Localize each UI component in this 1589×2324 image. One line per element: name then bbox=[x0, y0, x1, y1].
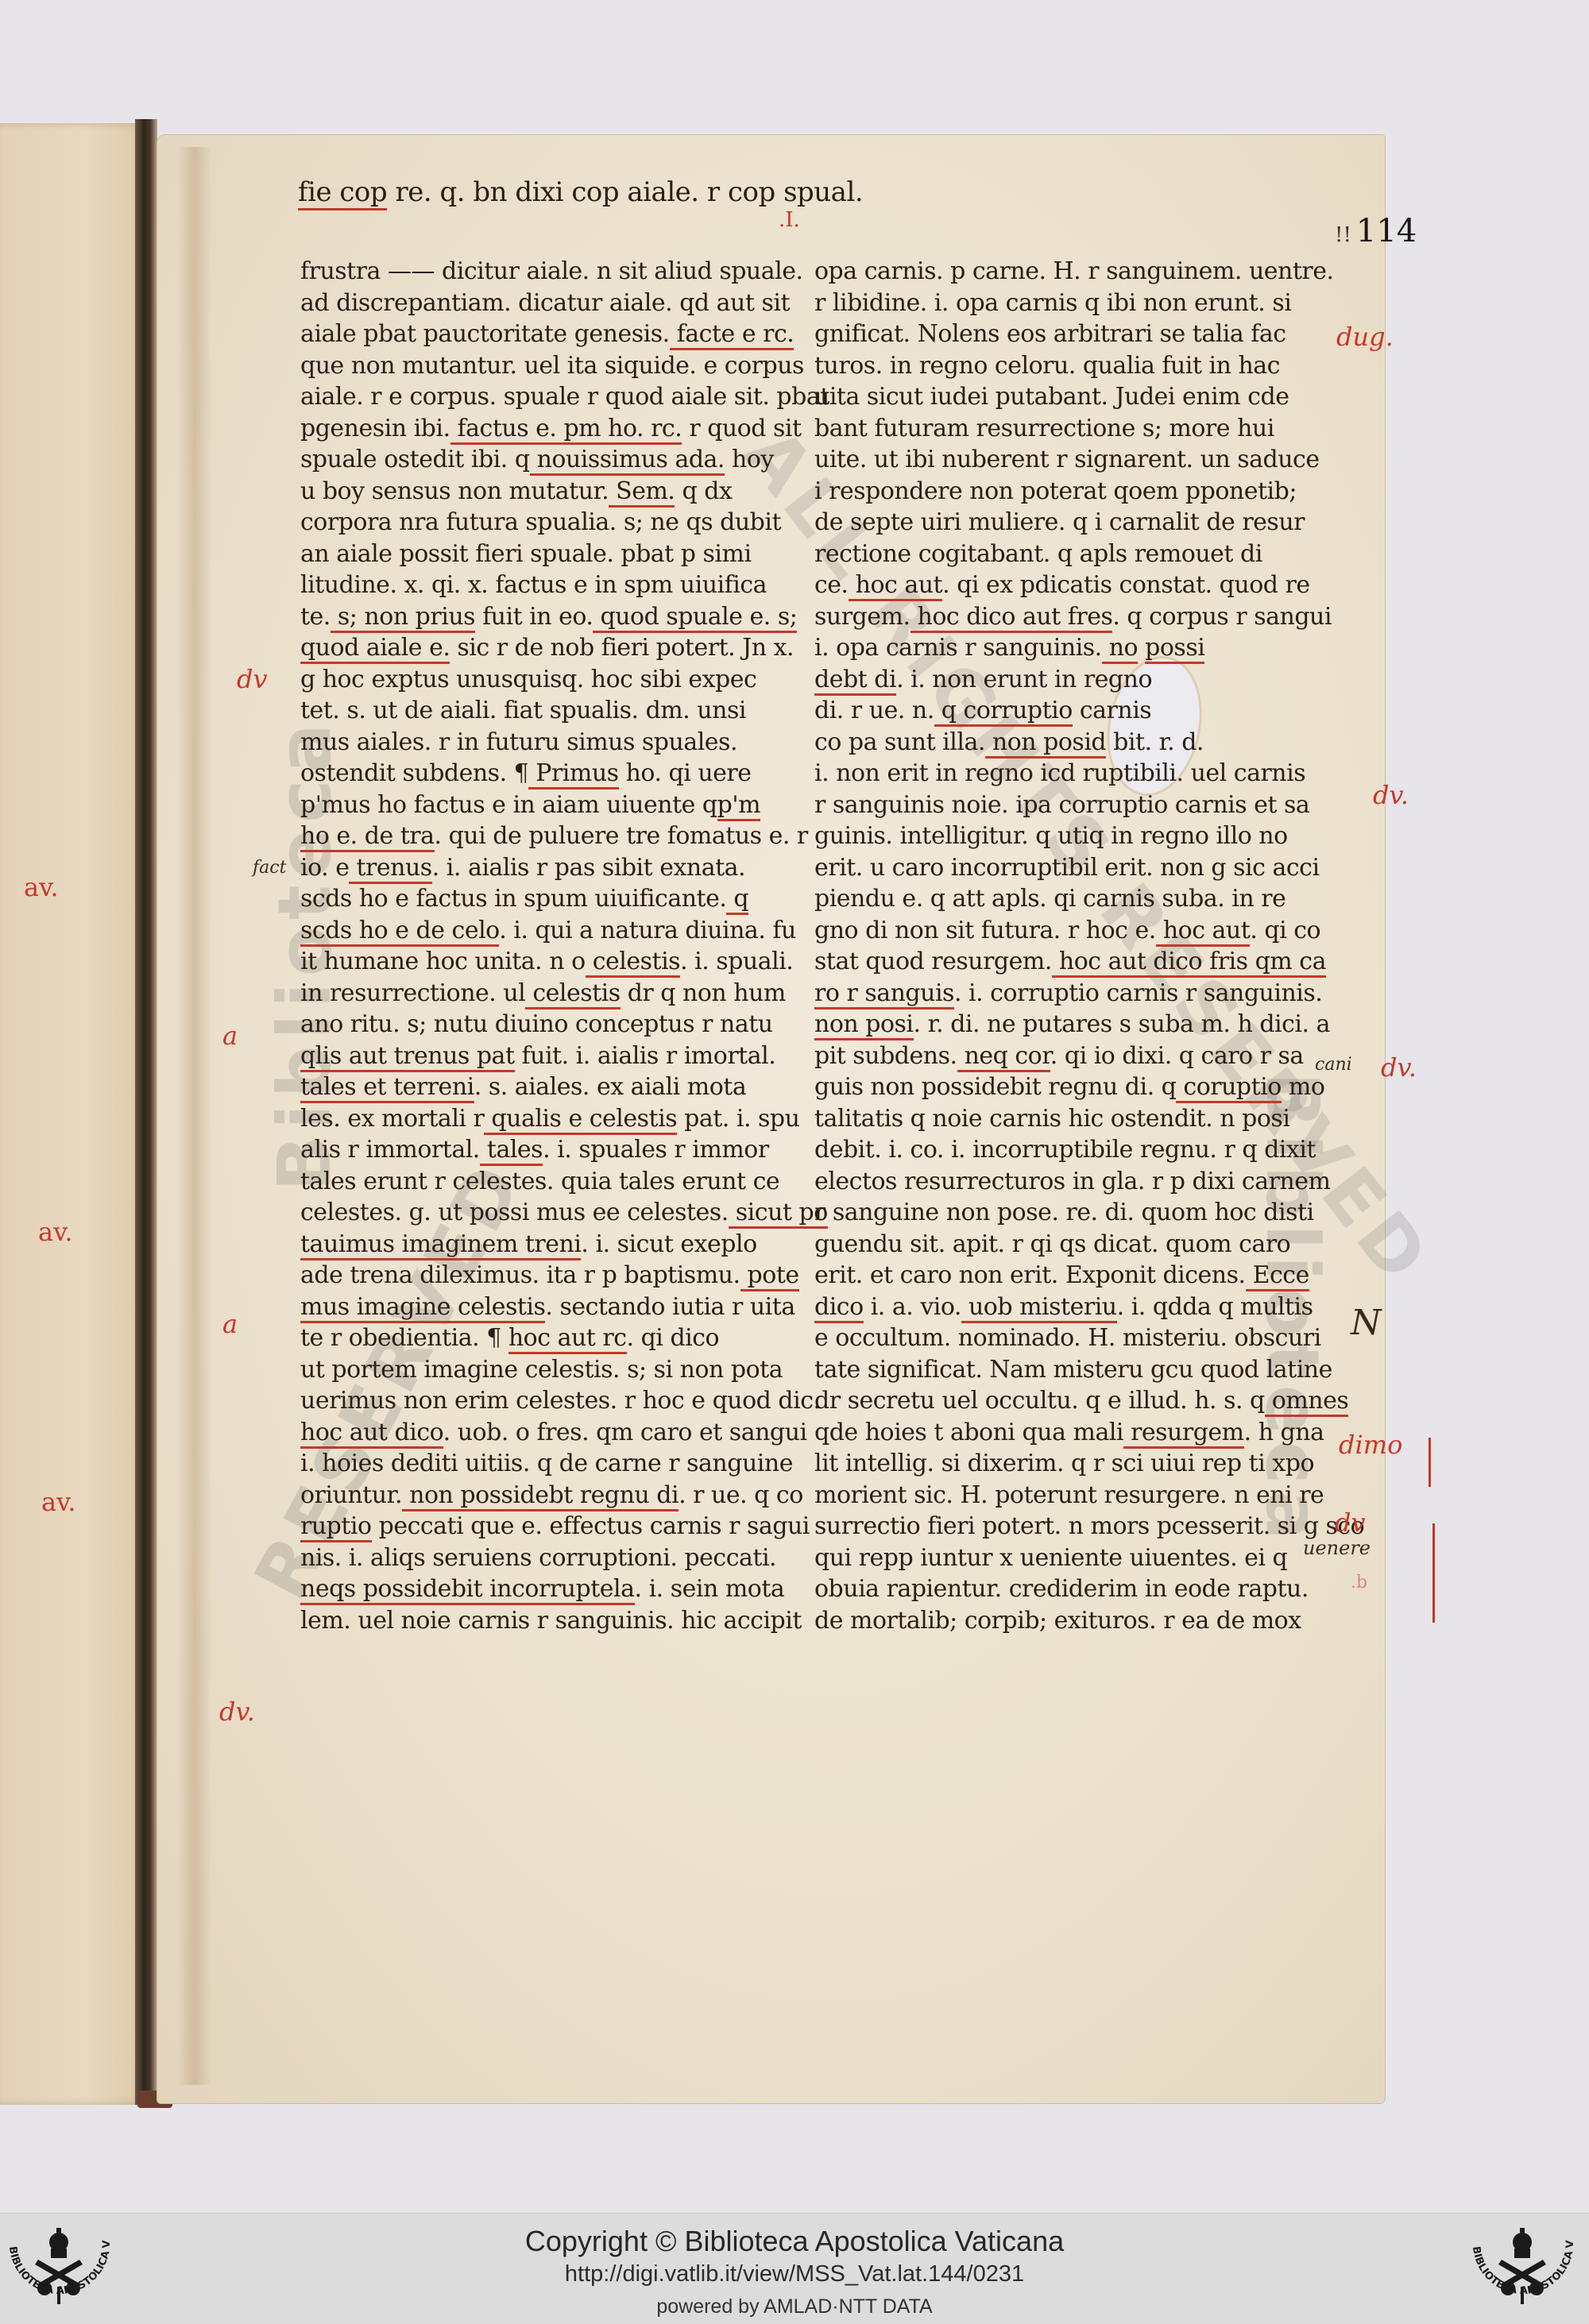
text-column-b: opa carnis. p carne. H. r sanguinem. uen… bbox=[814, 256, 1315, 1636]
line-text: . r ue. q co bbox=[679, 1481, 803, 1509]
rubricated-phrase: q corruptio bbox=[934, 697, 1073, 727]
line-text: an aiale possit fieri spuale. pbat p sim… bbox=[300, 540, 752, 568]
line-text: . i. corruptio carnis r sanguinis. bbox=[954, 979, 1322, 1007]
manuscript-line: qui repp iuntur x ueniente uiuentes. ei … bbox=[814, 1542, 1315, 1574]
rubricated-phrase: ruptio bbox=[300, 1512, 372, 1542]
rubricated-phrase: q bbox=[726, 885, 748, 915]
manuscript-line: r sanguinis noie. ipa corruptio carnis e… bbox=[814, 789, 1315, 821]
rubric-bracket bbox=[1422, 1438, 1431, 1487]
rubricated-phrase: celestis bbox=[586, 948, 680, 978]
rubricated-phrase: uob misteriu bbox=[961, 1293, 1117, 1323]
line-text: corpora nra futura spualia. s; ne qs dub… bbox=[300, 508, 781, 536]
line-text: stat quod resurgem. bbox=[814, 948, 1052, 975]
manuscript-line: guinis. intelligitur. q utiq in regno il… bbox=[814, 820, 1315, 852]
line-text: p'mus ho factus e in aiam uiuente q bbox=[300, 791, 717, 819]
folio-number: !!114 bbox=[1335, 213, 1417, 249]
line-text: guis non possidebit regnu di. q bbox=[814, 1073, 1176, 1101]
manuscript-line: scds ho e de celo. i. qui a natura diuin… bbox=[300, 915, 801, 947]
manuscript-line: les. ex mortali r qualis e celestis pat.… bbox=[300, 1103, 801, 1135]
line-text: uerimus non erim celestes. r hoc e quod … bbox=[300, 1387, 821, 1415]
manuscript-line: ho e. de tra. qui de puluere tre fomatus… bbox=[300, 820, 801, 852]
line-text: carnis bbox=[1073, 697, 1151, 724]
rubricated-phrase: sicut po bbox=[729, 1199, 828, 1229]
line-text: les. ex mortali r bbox=[300, 1105, 484, 1133]
line-text: i. a. vio. bbox=[864, 1293, 961, 1321]
inner-marginal-note: a bbox=[222, 1021, 238, 1051]
rubricated-phrase: tauimus imaginem treni bbox=[300, 1230, 581, 1260]
line-text: io. e bbox=[300, 854, 349, 882]
line-text: . qi co bbox=[1250, 917, 1320, 944]
line-text: oriuntur. bbox=[300, 1481, 402, 1509]
line-text: . sectando iutia r uita bbox=[545, 1293, 794, 1321]
rubricated-phrase: hoc aut bbox=[849, 571, 943, 601]
left-page-marginal-note: av. bbox=[41, 1487, 76, 1517]
line-text: obuia rapientur. crediderim in eode rapt… bbox=[814, 1575, 1309, 1603]
manuscript-line: litudine. x. qi. x. factus e in spm uiui… bbox=[300, 569, 801, 601]
manuscript-line: aiale. r e corpus. spuale r quod aiale s… bbox=[300, 381, 801, 413]
rubricated-phrase: possi bbox=[1145, 634, 1204, 664]
line-text: . qi dico bbox=[627, 1324, 720, 1352]
line-text: tales erunt r celestes. quia tales erunt… bbox=[300, 1168, 779, 1195]
line-text: co pa sunt illa. bbox=[814, 728, 985, 756]
line-text: dr secretu uel occultu. q e illud. h. s.… bbox=[814, 1387, 1265, 1415]
manuscript-line: de septe uiri muliere. q i carnalit de r… bbox=[814, 507, 1315, 539]
line-text: erit. u caro incorruptibil erit. non g s… bbox=[814, 854, 1320, 882]
inner-marginal-note: a bbox=[222, 1309, 238, 1339]
manuscript-line: aiale pbat pauctoritate genesis. facte e… bbox=[300, 318, 801, 350]
line-text: q dx bbox=[675, 477, 732, 505]
manuscript-line: te r obedientia. ¶ hoc aut rc. qi dico bbox=[300, 1322, 801, 1354]
rubricated-phrase: pote bbox=[740, 1261, 799, 1291]
line-text: . i. sein mota bbox=[635, 1575, 785, 1603]
line-text: surgem. bbox=[814, 603, 910, 631]
book-binding-gutter bbox=[135, 119, 157, 2105]
outer-marginal-note: dv bbox=[1335, 1508, 1366, 1538]
line-text: gno di non sit futura. r hoc e. bbox=[814, 917, 1156, 944]
manuscript-line: ad discrepantiam. dicatur aiale. qd aut … bbox=[300, 288, 801, 319]
line-text: erit. et caro non erit. Exponit dicens. bbox=[814, 1261, 1246, 1289]
line-text: i. hoies dediti uitiis. q de carne r san… bbox=[300, 1450, 793, 1477]
rubricated-phrase: coruptio bbox=[1176, 1073, 1281, 1103]
line-text: debit. i. co. i. incorruptibile regnu. r… bbox=[814, 1136, 1316, 1164]
line-text: di. r ue. n. bbox=[814, 697, 934, 724]
rubricated-phrase: Primus bbox=[528, 759, 618, 789]
rubricated-phrase: scds ho e de celo bbox=[300, 917, 499, 947]
line-text: pit subdens. bbox=[814, 1042, 957, 1070]
manuscript-line: mus aiales. r in futuru simus spuales. bbox=[300, 727, 801, 759]
line-text: spuale ostedit ibi. q bbox=[300, 446, 530, 473]
manuscript-line: qde hoies t aboni qua mali resurgem. h g… bbox=[814, 1417, 1315, 1449]
line-text: fuit. i. aialis r imortal. bbox=[515, 1042, 776, 1070]
marginal-gloss: uenere bbox=[1303, 1537, 1371, 1559]
manuscript-line: guendu sit. apit. r qi qs dicat. quom ca… bbox=[814, 1229, 1315, 1260]
manuscript-line: io. e trenus. i. aialis r pas sibit exna… bbox=[300, 852, 801, 884]
manuscript-line: que non mutantur. uel ita siquide. e cor… bbox=[300, 350, 801, 382]
line-text: uite. ut ibi nuberent r signarent. un sa… bbox=[814, 446, 1320, 473]
manuscript-line: di. r ue. n. q corruptio carnis bbox=[814, 695, 1315, 727]
manuscript-line: uerimus non erim celestes. r hoc e quod … bbox=[300, 1385, 801, 1417]
manuscript-line: ano ritu. s; nutu diuino conceptus r nat… bbox=[300, 1009, 801, 1040]
line-text: . h gna bbox=[1244, 1419, 1324, 1446]
line-text: de mortalib; corpib; exituros. r ea de m… bbox=[814, 1607, 1301, 1635]
manuscript-line: ruptio peccati que e. effectus carnis r … bbox=[300, 1511, 801, 1542]
rubricated-phrase: celestis bbox=[525, 979, 620, 1010]
manuscript-line: it humane hoc unita. n o celestis. i. sp… bbox=[300, 946, 801, 978]
manuscript-line: dr secretu uel occultu. q e illud. h. s.… bbox=[814, 1385, 1315, 1417]
manuscript-line: tauimus imaginem treni. i. sicut exeplo bbox=[300, 1229, 801, 1260]
line-text: r quod sit bbox=[682, 415, 801, 442]
manuscript-line: morient sic. H. poterunt resurgere. n en… bbox=[814, 1480, 1315, 1511]
rubricated-phrase: s; non prius bbox=[331, 603, 475, 633]
facing-page-verso bbox=[0, 123, 143, 2105]
outer-marginal-note: dv. bbox=[1381, 1052, 1417, 1083]
rubricated-phrase: resurgem bbox=[1123, 1419, 1244, 1449]
line-text: alis r immortal. bbox=[300, 1136, 480, 1164]
manuscript-line: electos resurrecturos in gla. r p dixi c… bbox=[814, 1166, 1315, 1198]
line-text: dr q non hum bbox=[621, 979, 786, 1007]
manuscript-viewer: av. av. av. Biblioteca RESERVED ALL RIGH… bbox=[0, 0, 1589, 2213]
rubricated-phrase: hoc aut bbox=[1156, 917, 1251, 947]
line-text: mus aiales. r in futuru simus spuales. bbox=[300, 728, 737, 756]
manuscript-line: frustra —— dicitur aiale. n sit aliud sp… bbox=[300, 256, 801, 288]
manuscript-line: ostendit subdens. ¶ Primus ho. qi uere bbox=[300, 758, 801, 789]
manuscript-line: non posi. r. di. ne putares s suba m. h … bbox=[814, 1009, 1315, 1040]
line-text: electos resurrecturos in gla. r p dixi c… bbox=[814, 1168, 1330, 1195]
manuscript-line: u boy sensus non mutatur. Sem. q dx bbox=[300, 476, 801, 508]
rubricated-phrase: mus imagine celestis bbox=[300, 1293, 545, 1323]
line-text: ho. qi uere bbox=[619, 759, 752, 787]
rubricated-phrase: neq cor bbox=[957, 1042, 1050, 1072]
rubricated-phrase: non posi bbox=[814, 1010, 914, 1040]
marginal-gloss: cani bbox=[1315, 1055, 1352, 1075]
line-text: u boy sensus non mutatur. bbox=[300, 477, 609, 505]
rubricated-phrase: factus e. pm ho. rc. bbox=[450, 415, 682, 445]
manuscript-line: i. hoies dediti uitiis. q de carne r san… bbox=[300, 1448, 801, 1480]
marginal-gloss: fact bbox=[253, 858, 286, 878]
line-text: r sanguine non pose. re. di. quom hoc di… bbox=[814, 1199, 1314, 1226]
manuscript-line: in resurrectione. ul celestis dr q non h… bbox=[300, 978, 801, 1010]
line-text: . r. di. ne putares s suba m. h dici. a bbox=[914, 1010, 1330, 1038]
manuscript-line: rectione cogitabant. q apls remouet di bbox=[814, 539, 1315, 570]
manuscript-line: erit. et caro non erit. Exponit dicens. … bbox=[814, 1260, 1315, 1291]
manuscript-line: ce. hoc aut. qi ex pdicatis constat. quo… bbox=[814, 569, 1315, 601]
rubricated-phrase: hoc dico aut fres bbox=[910, 603, 1113, 633]
manuscript-line: ro r sanguis. i. corruptio carnis r sang… bbox=[814, 978, 1315, 1010]
line-text: scds ho e factus in spum uiuificante. bbox=[300, 885, 726, 913]
copyright-footer: BIBLIOTECA APOSTOLICA VATICANA Copyright… bbox=[0, 2213, 1589, 2324]
line-text: hoy bbox=[725, 446, 774, 473]
vatican-library-seal-icon: BIBLIOTECA APOSTOLICA VATICANA bbox=[1463, 2222, 1583, 2323]
line-text: g hoc exptus unusquisq. hoc sibi expec bbox=[300, 666, 756, 693]
left-page-marginal-note: av. bbox=[38, 1217, 73, 1247]
manuscript-line: g hoc exptus unusquisq. hoc sibi expec bbox=[300, 664, 801, 696]
rubricated-phrase: quod aiale e. bbox=[300, 634, 450, 664]
manuscript-line: tate significat. Nam misteru gcu quod la… bbox=[814, 1354, 1315, 1386]
manuscript-line: co pa sunt illa. non posid bit. r. d. bbox=[814, 727, 1315, 759]
gutter-stain bbox=[179, 147, 211, 2085]
manuscript-line: oriuntur. non possidebt regnu di. r ue. … bbox=[300, 1480, 801, 1511]
rubricated-phrase: trenus bbox=[349, 854, 431, 884]
rubricated-phrase: Sem. bbox=[609, 477, 675, 508]
line-text: lem. uel noie carnis r sanguinis. hic ac… bbox=[300, 1607, 802, 1635]
line-text: qde hoies t aboni qua mali bbox=[814, 1419, 1123, 1446]
manuscript-line: uita sicut iudei putabant. Judei enim cd… bbox=[814, 381, 1315, 413]
line-text: uita sicut iudei putabant. Judei enim cd… bbox=[814, 383, 1289, 411]
manuscript-line: guis non possidebit regnu di. q coruptio… bbox=[814, 1071, 1315, 1103]
manuscript-line: r libidine. i. opa carnis q ibi non erun… bbox=[814, 288, 1315, 319]
rubricated-phrase: ho e. de tra bbox=[300, 822, 435, 852]
manuscript-line: gnificat. Nolens eos arbitrari se talia … bbox=[814, 318, 1315, 350]
line-text: talitatis q noie carnis hic ostendit. n … bbox=[814, 1105, 1289, 1133]
line-text: guendu sit. apit. r qi qs dicat. quom ca… bbox=[814, 1230, 1290, 1258]
faint-mark: .b bbox=[1351, 1573, 1367, 1592]
manuscript-line: de mortalib; corpib; exituros. r ea de m… bbox=[814, 1605, 1315, 1637]
manuscript-line: e occultum. nominado. H. misteriu. obscu… bbox=[814, 1322, 1315, 1354]
line-text: . q corpus r sangui bbox=[1112, 603, 1332, 631]
line-text: gnificat. Nolens eos arbitrari se talia … bbox=[814, 320, 1286, 348]
rubric-mark: .I. bbox=[779, 208, 800, 232]
manuscript-line: i. opa carnis r sanguinis. no possi bbox=[814, 632, 1315, 664]
manuscript-line: mus imagine celestis. sectando iutia r u… bbox=[300, 1291, 801, 1323]
inner-marginal-note: dv bbox=[237, 664, 268, 694]
manuscript-line: te. s; non prius fuit in eo. quod spuale… bbox=[300, 601, 801, 633]
line-text: aiale. r e corpus. spuale r quod aiale s… bbox=[300, 383, 829, 411]
manuscript-line: dico i. a. vio. uob misteriu. i. qdda q … bbox=[814, 1291, 1315, 1323]
line-text: ut portem imagine celestis. s; si non po… bbox=[300, 1356, 783, 1384]
rubricated-phrase: quod spuale e. s; bbox=[593, 603, 797, 633]
line-text: turos. in regno celoru. qualia fuit in h… bbox=[814, 352, 1280, 380]
manuscript-line: i. non erit in regno icd ruptibili. uel … bbox=[814, 758, 1315, 789]
running-head-rubric: fie cop bbox=[298, 176, 387, 210]
line-text: i. non erit in regno icd ruptibili. uel … bbox=[814, 759, 1305, 787]
manuscript-line: spuale ostedit ibi. q nouissimus ada. ho… bbox=[300, 444, 801, 476]
rubricated-phrase: omnes bbox=[1265, 1387, 1349, 1417]
line-text: i. opa carnis r sanguinis. bbox=[814, 634, 1102, 662]
line-text: e occultum. nominado. H. misteriu. obscu… bbox=[814, 1324, 1321, 1352]
manuscript-line: ut portem imagine celestis. s; si non po… bbox=[300, 1354, 801, 1386]
manuscript-line: pgenesin ibi. factus e. pm ho. rc. r quo… bbox=[300, 413, 801, 445]
rubricated-phrase: p'm bbox=[717, 791, 760, 821]
manuscript-line: qlis aut trenus pat fuit. i. aialis r im… bbox=[300, 1040, 801, 1072]
line-text: ano ritu. s; nutu diuino conceptus r nat… bbox=[300, 1010, 773, 1038]
line-text: . qui de puluere tre fomatus e. r bbox=[435, 822, 808, 850]
manuscript-line: tales et terreni. s. aiales. ex aiali mo… bbox=[300, 1071, 801, 1103]
manuscript-line: alis r immortal. tales. i. spuales r imm… bbox=[300, 1134, 801, 1166]
rubricated-phrase: dico bbox=[814, 1293, 864, 1323]
line-text: morient sic. H. poterunt resurgere. n en… bbox=[814, 1481, 1324, 1509]
manuscript-line: lit intellig. si dixerim. q r sci uiui r… bbox=[814, 1448, 1315, 1480]
line-text: te. bbox=[300, 603, 331, 631]
manuscript-line: corpora nra futura spualia. s; ne qs dub… bbox=[300, 507, 801, 539]
line-text: . i. qui a natura diuina. fu bbox=[499, 917, 796, 944]
manuscript-line: surgem. hoc dico aut fres. q corpus r sa… bbox=[814, 601, 1315, 633]
line-text: peccati que e. effectus carnis r sagui bbox=[372, 1512, 810, 1540]
line-text: . i. spuales r immor bbox=[543, 1136, 769, 1164]
line-text: rectione cogitabant. q apls remouet di bbox=[814, 540, 1262, 568]
copyright-text: Copyright © Biblioteca Apostolica Vatica… bbox=[0, 2225, 1589, 2258]
manuscript-line: obuia rapientur. crediderim in eode rapt… bbox=[814, 1573, 1315, 1605]
manuscript-line: i respondere non poterat qoem pponetib; bbox=[814, 476, 1315, 508]
line-text: r libidine. i. opa carnis q ibi non erun… bbox=[814, 289, 1291, 317]
line-text: te r obedientia. ¶ bbox=[300, 1324, 508, 1352]
manuscript-line: tet. s. ut de aiali. fiat spualis. dm. u… bbox=[300, 695, 801, 727]
line-text: . i. non erunt in regno bbox=[896, 666, 1152, 693]
line-text: pat. i. spu bbox=[677, 1105, 799, 1133]
manuscript-line: talitatis q noie carnis hic ostendit. n … bbox=[814, 1103, 1315, 1135]
line-text: sic r de nob fieri potert. Jn x. bbox=[450, 634, 794, 662]
manuscript-line: debt di. i. non erunt in regno bbox=[814, 664, 1315, 696]
running-head-text: re. q. bn dixi cop aiale. r cop spual. bbox=[387, 176, 863, 208]
outer-marginal-note: dug. bbox=[1336, 322, 1394, 352]
line-text: tate significat. Nam misteru gcu quod la… bbox=[814, 1356, 1332, 1384]
outer-marginal-note: dv. bbox=[1373, 780, 1409, 810]
manuscript-line: r sanguine non pose. re. di. quom hoc di… bbox=[814, 1197, 1315, 1229]
line-text: . s. aiales. ex aiali mota bbox=[474, 1073, 746, 1101]
manuscript-line: bant futuram resurrectione s; more hui bbox=[814, 413, 1315, 445]
manuscript-line: nis. i. aliqs seruiens corruptioni. pecc… bbox=[300, 1542, 801, 1574]
rubricated-phrase: facte e rc. bbox=[670, 320, 794, 350]
rubricated-phrase: neqs possidebit incorruptela bbox=[300, 1575, 635, 1605]
folio-ticks: !! bbox=[1335, 223, 1351, 247]
rubricated-phrase: hoc aut dico bbox=[300, 1419, 443, 1449]
line-text: . i. spuali. bbox=[680, 948, 793, 975]
line-text bbox=[1138, 634, 1145, 662]
rubricated-phrase: ro r sanguis bbox=[814, 979, 954, 1010]
line-text: celestes. g. ut possi mus ee celestes. bbox=[300, 1199, 729, 1226]
line-text: lit intellig. si dixerim. q r sci uiui r… bbox=[814, 1450, 1314, 1477]
rubricated-phrase: nouissimus ada. bbox=[530, 446, 725, 476]
rubricated-phrase: non possidebt regnu di bbox=[402, 1481, 679, 1511]
powered-by: powered by AMLAD·NTT DATA bbox=[0, 2295, 1589, 2318]
line-text: ad discrepantiam. dicatur aiale. qd aut … bbox=[300, 289, 790, 317]
line-text: litudine. x. qi. x. factus e in spm uiui… bbox=[300, 571, 767, 599]
line-text: ade trena dileximus. ita r p baptismu. bbox=[300, 1261, 740, 1289]
line-text: bant futuram resurrectione s; more hui bbox=[814, 415, 1274, 442]
line-text: . uob. o fres. qm caro et sangui bbox=[443, 1419, 807, 1446]
manuscript-line: stat quod resurgem. hoc aut dico fris qm… bbox=[814, 946, 1315, 978]
line-text: ostendit subdens. ¶ bbox=[300, 759, 528, 787]
rubricated-phrase: no bbox=[1102, 634, 1138, 664]
rubricated-phrase: tales et terreni bbox=[300, 1073, 474, 1103]
line-text: pgenesin ibi. bbox=[300, 415, 450, 442]
rubricated-phrase: qualis e celestis bbox=[484, 1105, 677, 1135]
rubricated-phrase: non posid bbox=[985, 728, 1106, 759]
manuscript-line: ade trena dileximus. ita r p baptismu. p… bbox=[300, 1260, 801, 1291]
manuscript-line: debit. i. co. i. incorruptibile regnu. r… bbox=[814, 1134, 1315, 1166]
inner-marginal-note: dv. bbox=[219, 1697, 255, 1727]
line-text: guinis. intelligitur. q utiq in regno il… bbox=[814, 822, 1288, 850]
line-text: nis. i. aliqs seruiens corruptioni. pecc… bbox=[300, 1544, 776, 1572]
line-text: bit. r. d. bbox=[1106, 728, 1204, 756]
line-text: fuit in eo. bbox=[475, 603, 593, 631]
running-head: fie cop re. q. bn dixi cop aiale. r cop … bbox=[298, 176, 863, 208]
line-text: ce. bbox=[814, 571, 849, 599]
manuscript-line: quod aiale e. sic r de nob fieri potert.… bbox=[300, 632, 801, 664]
text-column-a: frustra —— dicitur aiale. n sit aliud sp… bbox=[300, 256, 801, 1636]
manuscript-line: erit. u caro incorruptibil erit. non g s… bbox=[814, 852, 1315, 884]
line-text: piendu e. q att apls. qi carnis suba. in… bbox=[814, 885, 1286, 913]
rubricated-phrase: Ecce bbox=[1246, 1261, 1309, 1291]
manuscript-line: opa carnis. p carne. H. r sanguinem. uen… bbox=[814, 256, 1315, 288]
manuscript-line: neqs possidebit incorruptela. i. sein mo… bbox=[300, 1573, 801, 1605]
manuscript-line: gno di non sit futura. r hoc e. hoc aut.… bbox=[814, 915, 1315, 947]
rubricated-phrase: hoc aut rc bbox=[508, 1324, 627, 1354]
manuscript-line: scds ho e factus in spum uiuificante. q bbox=[300, 883, 801, 915]
manuscript-line: lem. uel noie carnis r sanguinis. hic ac… bbox=[300, 1605, 801, 1637]
rubricated-phrase: hoc aut dico fris qm ca bbox=[1052, 948, 1326, 978]
line-text: surrectio fieri potert. n mors pcesserit… bbox=[814, 1512, 1364, 1540]
line-text: . i. sicut exeplo bbox=[581, 1230, 756, 1258]
line-text: . i. qdda q multis bbox=[1117, 1293, 1313, 1321]
manuscript-line: piendu e. q att apls. qi carnis suba. in… bbox=[814, 883, 1315, 915]
line-text: tet. s. ut de aiali. fiat spualis. dm. u… bbox=[300, 697, 746, 724]
line-text: qui repp iuntur x ueniente uiuentes. ei … bbox=[814, 1544, 1287, 1572]
manuscript-line: tales erunt r celestes. quia tales erunt… bbox=[300, 1166, 801, 1198]
source-url[interactable]: http://digi.vatlib.it/view/MSS_Vat.lat.1… bbox=[0, 2261, 1589, 2287]
rubricated-phrase: debt di bbox=[814, 666, 896, 696]
manuscript-line: celestes. g. ut possi mus ee celestes. s… bbox=[300, 1197, 801, 1229]
rubricated-phrase: tales bbox=[480, 1136, 543, 1166]
manuscript-line: pit subdens. neq cor. qi io dixi. q caro… bbox=[814, 1040, 1315, 1072]
rubric-bracket bbox=[1426, 1523, 1435, 1623]
line-text: . qi ex pdicatis constat. quod re bbox=[942, 571, 1309, 599]
manuscript-line: uite. ut ibi nuberent r signarent. un sa… bbox=[814, 444, 1315, 476]
line-text: frustra —— dicitur aiale. n sit aliud sp… bbox=[300, 257, 803, 285]
line-text: . i. aialis r pas sibit exnata. bbox=[432, 854, 745, 882]
outer-marginal-note: dimo bbox=[1339, 1430, 1402, 1460]
line-text: . qi io dixi. q caro r sa bbox=[1050, 1042, 1304, 1070]
line-text: r sanguinis noie. ipa corruptio carnis e… bbox=[814, 791, 1309, 819]
manuscript-line: hoc aut dico. uob. o fres. qm caro et sa… bbox=[300, 1417, 801, 1449]
line-text: aiale pbat pauctoritate genesis. bbox=[300, 320, 670, 348]
manuscript-line: an aiale possit fieri spuale. pbat p sim… bbox=[300, 539, 801, 570]
folio-number-value: 114 bbox=[1356, 213, 1417, 249]
line-text: de septe uiri muliere. q i carnalit de r… bbox=[814, 508, 1305, 536]
rubricated-phrase: qlis aut trenus pat bbox=[300, 1042, 515, 1072]
manuscript-line: p'mus ho factus e in aiam uiuente qp'm bbox=[300, 789, 801, 821]
line-text: it humane hoc unita. n o bbox=[300, 948, 586, 975]
line-text: in resurrectione. ul bbox=[300, 979, 525, 1007]
manuscript-line: surrectio fieri potert. n mors pcesserit… bbox=[814, 1511, 1315, 1542]
line-text: mo bbox=[1282, 1073, 1325, 1101]
line-text: opa carnis. p carne. H. r sanguinem. uen… bbox=[814, 257, 1334, 285]
manuscript-line: turos. in regno celoru. qualia fuit in h… bbox=[814, 350, 1315, 382]
left-page-marginal-note: av. bbox=[24, 872, 59, 902]
line-text: i respondere non poterat qoem pponetib; bbox=[814, 477, 1297, 505]
marginal-gloss: N bbox=[1351, 1303, 1382, 1343]
line-text: que non mutantur. uel ita siquide. e cor… bbox=[300, 352, 804, 380]
